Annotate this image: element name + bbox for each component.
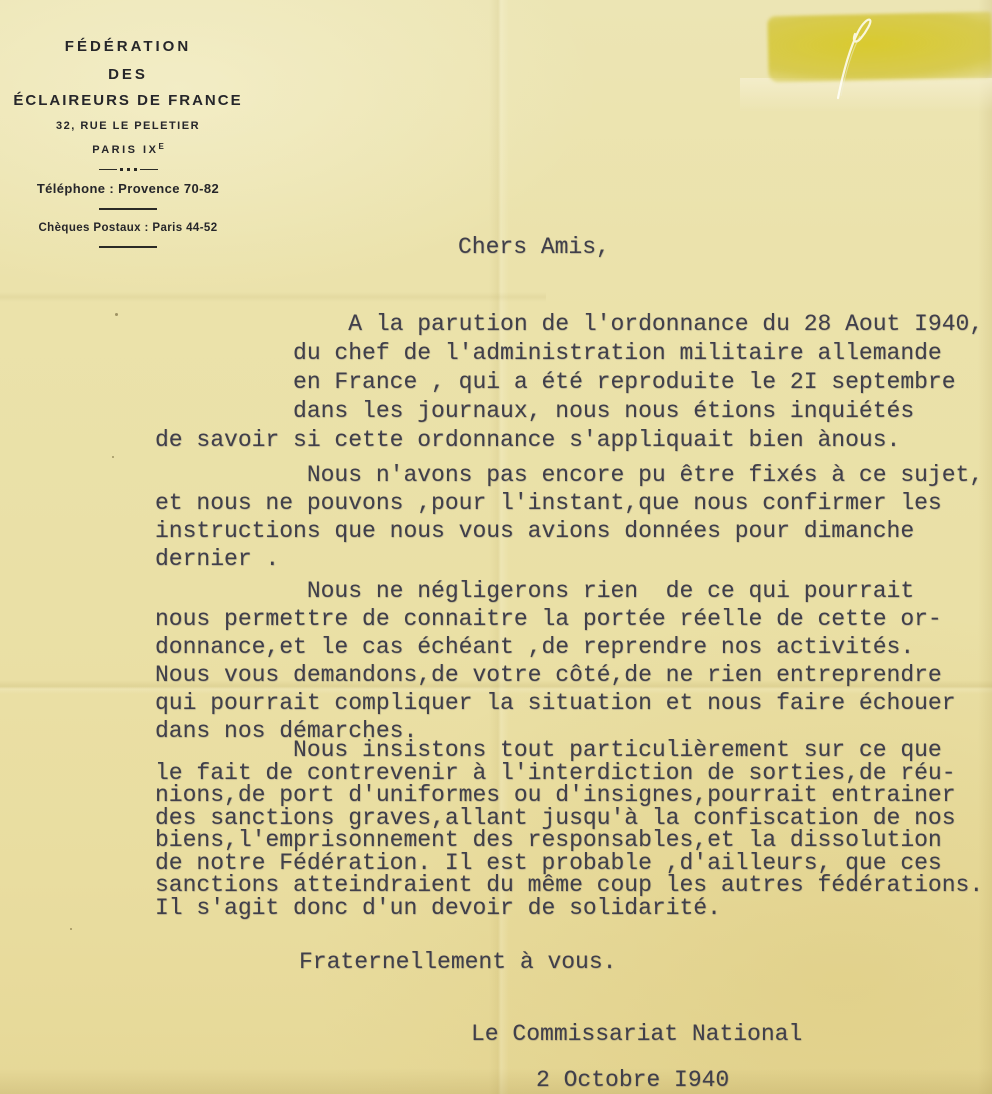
org-phone: Téléphone : Provence 70-82 — [0, 181, 256, 196]
org-address: 32, RUE LE PELETIER — [0, 120, 256, 132]
divider-ornament — [0, 168, 256, 171]
letterhead: FÉDÉRATION DES ÉCLAIREURS DE FRANCE 32, … — [0, 38, 256, 260]
paragraph-4: Nous insistons tout particulièrement sur… — [155, 739, 983, 919]
tape-scratch-mark — [828, 12, 888, 102]
paragraph-2: Nous n'avons pas encore pu être fixés à … — [155, 461, 983, 573]
paper-speck — [70, 928, 72, 930]
letter-document: FÉDÉRATION DES ÉCLAIREURS DE FRANCE 32, … — [0, 0, 992, 1094]
closing-line: Fraternellement à vous. — [299, 948, 616, 977]
org-name-line-2: DES — [0, 66, 256, 83]
salutation: Chers Amis, — [458, 233, 610, 262]
paragraph-3: Nous ne négligerons rien de ce qui pourr… — [155, 577, 956, 745]
signature-line: Le Commissariat National — [471, 1020, 802, 1049]
paragraph-1: A la parution de l'ordonnance du 28 Aout… — [155, 310, 983, 455]
divider-rule — [99, 246, 157, 248]
date-line: 2 Octobre I940 — [536, 1066, 729, 1094]
org-city-text: PARIS IX — [92, 144, 158, 156]
org-name-line-1: FÉDÉRATION — [0, 38, 256, 55]
faint-crease — [0, 292, 546, 302]
divider-rule — [99, 208, 157, 210]
org-postal-account: Chèques Postaux : Paris 44-52 — [0, 222, 256, 234]
paper-speck — [115, 313, 118, 316]
org-city: PARIS IXE — [0, 142, 256, 156]
bottom-edge-shadow — [0, 1068, 992, 1094]
org-name-line-3: ÉCLAIREURS DE FRANCE — [0, 92, 256, 109]
org-city-ordinal: E — [158, 142, 163, 151]
paper-speck — [112, 456, 114, 458]
